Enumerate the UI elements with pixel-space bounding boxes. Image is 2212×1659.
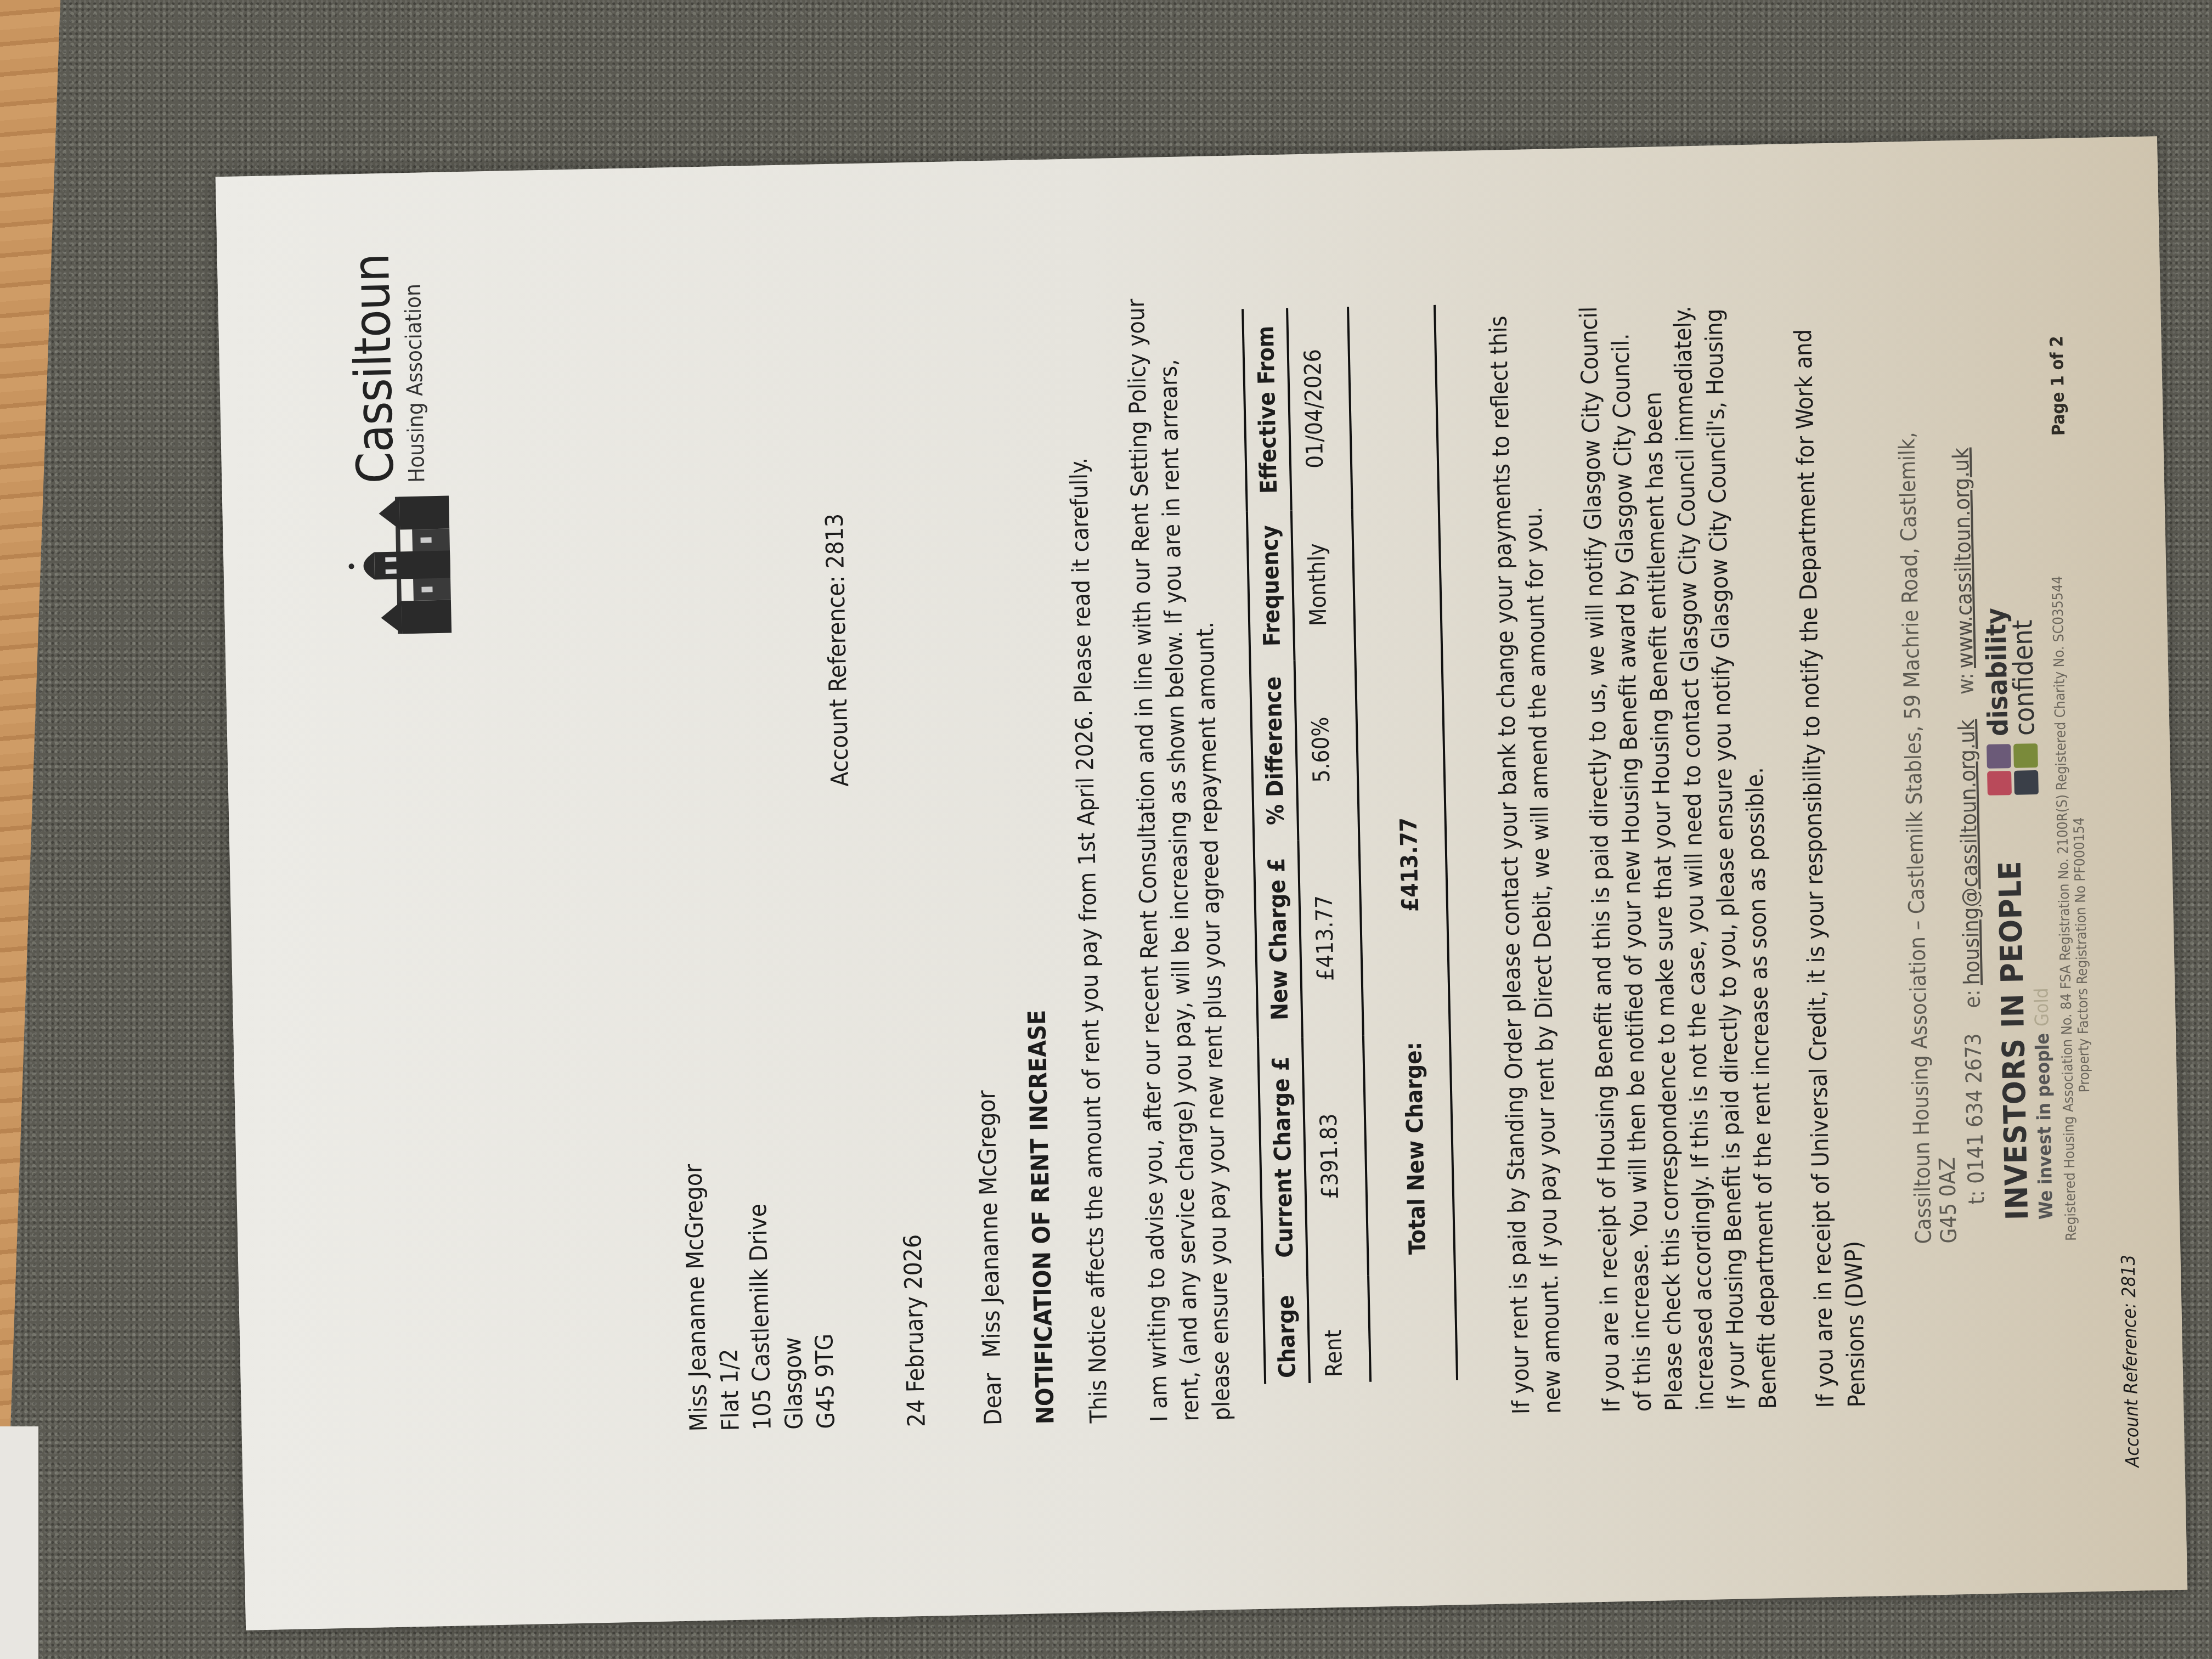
paragraph-notice: This Notice affects the amount of rent y… (1060, 298, 1115, 1424)
footer-email-label: e: (1960, 989, 1985, 1008)
frequency: Monthly (1291, 509, 1356, 660)
footer-phone: t: 0141 634 2673 (1961, 1033, 1990, 1205)
salutation: DearMiss Jeananne McGregor (973, 1090, 1008, 1426)
charges-table: Charge Current Charge £ New Charge £ % D… (1242, 307, 1372, 1384)
percent-difference: 5.60% (1295, 659, 1359, 840)
footer-web-label: w: (1953, 673, 1979, 695)
iip-tagline: We invest in people (2032, 1032, 2057, 1220)
disability-confident-icon (1987, 743, 2039, 795)
total-value: £413.77 (1395, 817, 1424, 912)
building-icon (346, 490, 459, 640)
footer-email-link[interactable]: housing@cassiltoun.org.uk (1954, 719, 1985, 985)
account-reference: Account Reference: 2813 (821, 513, 854, 787)
account-reference-footer: Account Reference: 2813 (2118, 1255, 2144, 1468)
org-subtitle: Housing Association (400, 253, 430, 483)
page-number: Page 1 of 2 (2046, 336, 2069, 436)
column-header: Current Charge £ (1258, 1037, 1307, 1278)
paragraph-standing-order: If your rent is paid by Standing Order p… (1482, 289, 1568, 1415)
dc-line2: confident (2009, 607, 2038, 736)
paper-edge (0, 1426, 38, 1659)
recipient-address: Miss Jeananne McGregor Flat 1/2 105 Cast… (678, 1161, 843, 1432)
footer-web-link[interactable]: www.cassiltoun.org.uk (1949, 447, 1978, 668)
column-header: Frequency (1247, 510, 1295, 661)
letter-heading: NOTIFICATION OF RENT INCREASE (1023, 1009, 1060, 1424)
total-label: Total New Charge: (1400, 1042, 1431, 1255)
recipient-name: Miss Jeananne McGregor (678, 1164, 715, 1432)
disability-confident-badge: disability confident (1983, 607, 2039, 795)
address-line: Flat 1/2 (710, 1163, 747, 1431)
paragraph-universal-credit: If you are in receipt of Universal Credi… (1787, 283, 1873, 1408)
column-header: % Difference (1250, 660, 1299, 842)
current-charge: £391.83 (1302, 1035, 1368, 1277)
column-header: Charge (1263, 1277, 1310, 1384)
postcode: G45 9TG (805, 1161, 842, 1429)
address-line: 105 Castlemilk Drive (741, 1163, 778, 1431)
investors-in-people-badge: INVESTORS IN PEOPLE We invest in peopleG… (1992, 860, 2057, 1220)
letter-footer: Cassiltoun Housing Association – Castlem… (1894, 417, 2096, 1244)
paragraph-advise: I am writing to advise you, after our re… (1121, 296, 1238, 1422)
letterhead-logo: Cassiltoun Housing Association (332, 353, 481, 641)
org-name: Cassiltoun (346, 253, 402, 484)
wooden-surface (0, 0, 60, 1659)
paragraph-housing-benefit: If you are in receipt of Housing Benefit… (1573, 284, 1784, 1413)
salutation-name: Miss Jeananne McGregor (973, 1090, 1006, 1358)
column-header: New Charge £ (1254, 840, 1302, 1037)
address-line: Glasgow (773, 1162, 810, 1430)
letter-date: 24 February 2026 (899, 1234, 930, 1427)
charge-type: Rent (1307, 1276, 1370, 1383)
iip-level: Gold (2030, 988, 2053, 1026)
salutation-prefix: Dear (979, 1373, 1008, 1425)
letter-page: Cassiltoun Housing Association Miss Jean… (216, 136, 2188, 1630)
column-header: Effective From (1243, 308, 1291, 512)
divider (1434, 305, 1458, 1380)
new-charge: £413.77 (1298, 839, 1363, 1037)
effective-from: 01/04/2026 (1287, 307, 1352, 510)
iip-title: INVESTORS IN PEOPLE (1992, 860, 2035, 1221)
